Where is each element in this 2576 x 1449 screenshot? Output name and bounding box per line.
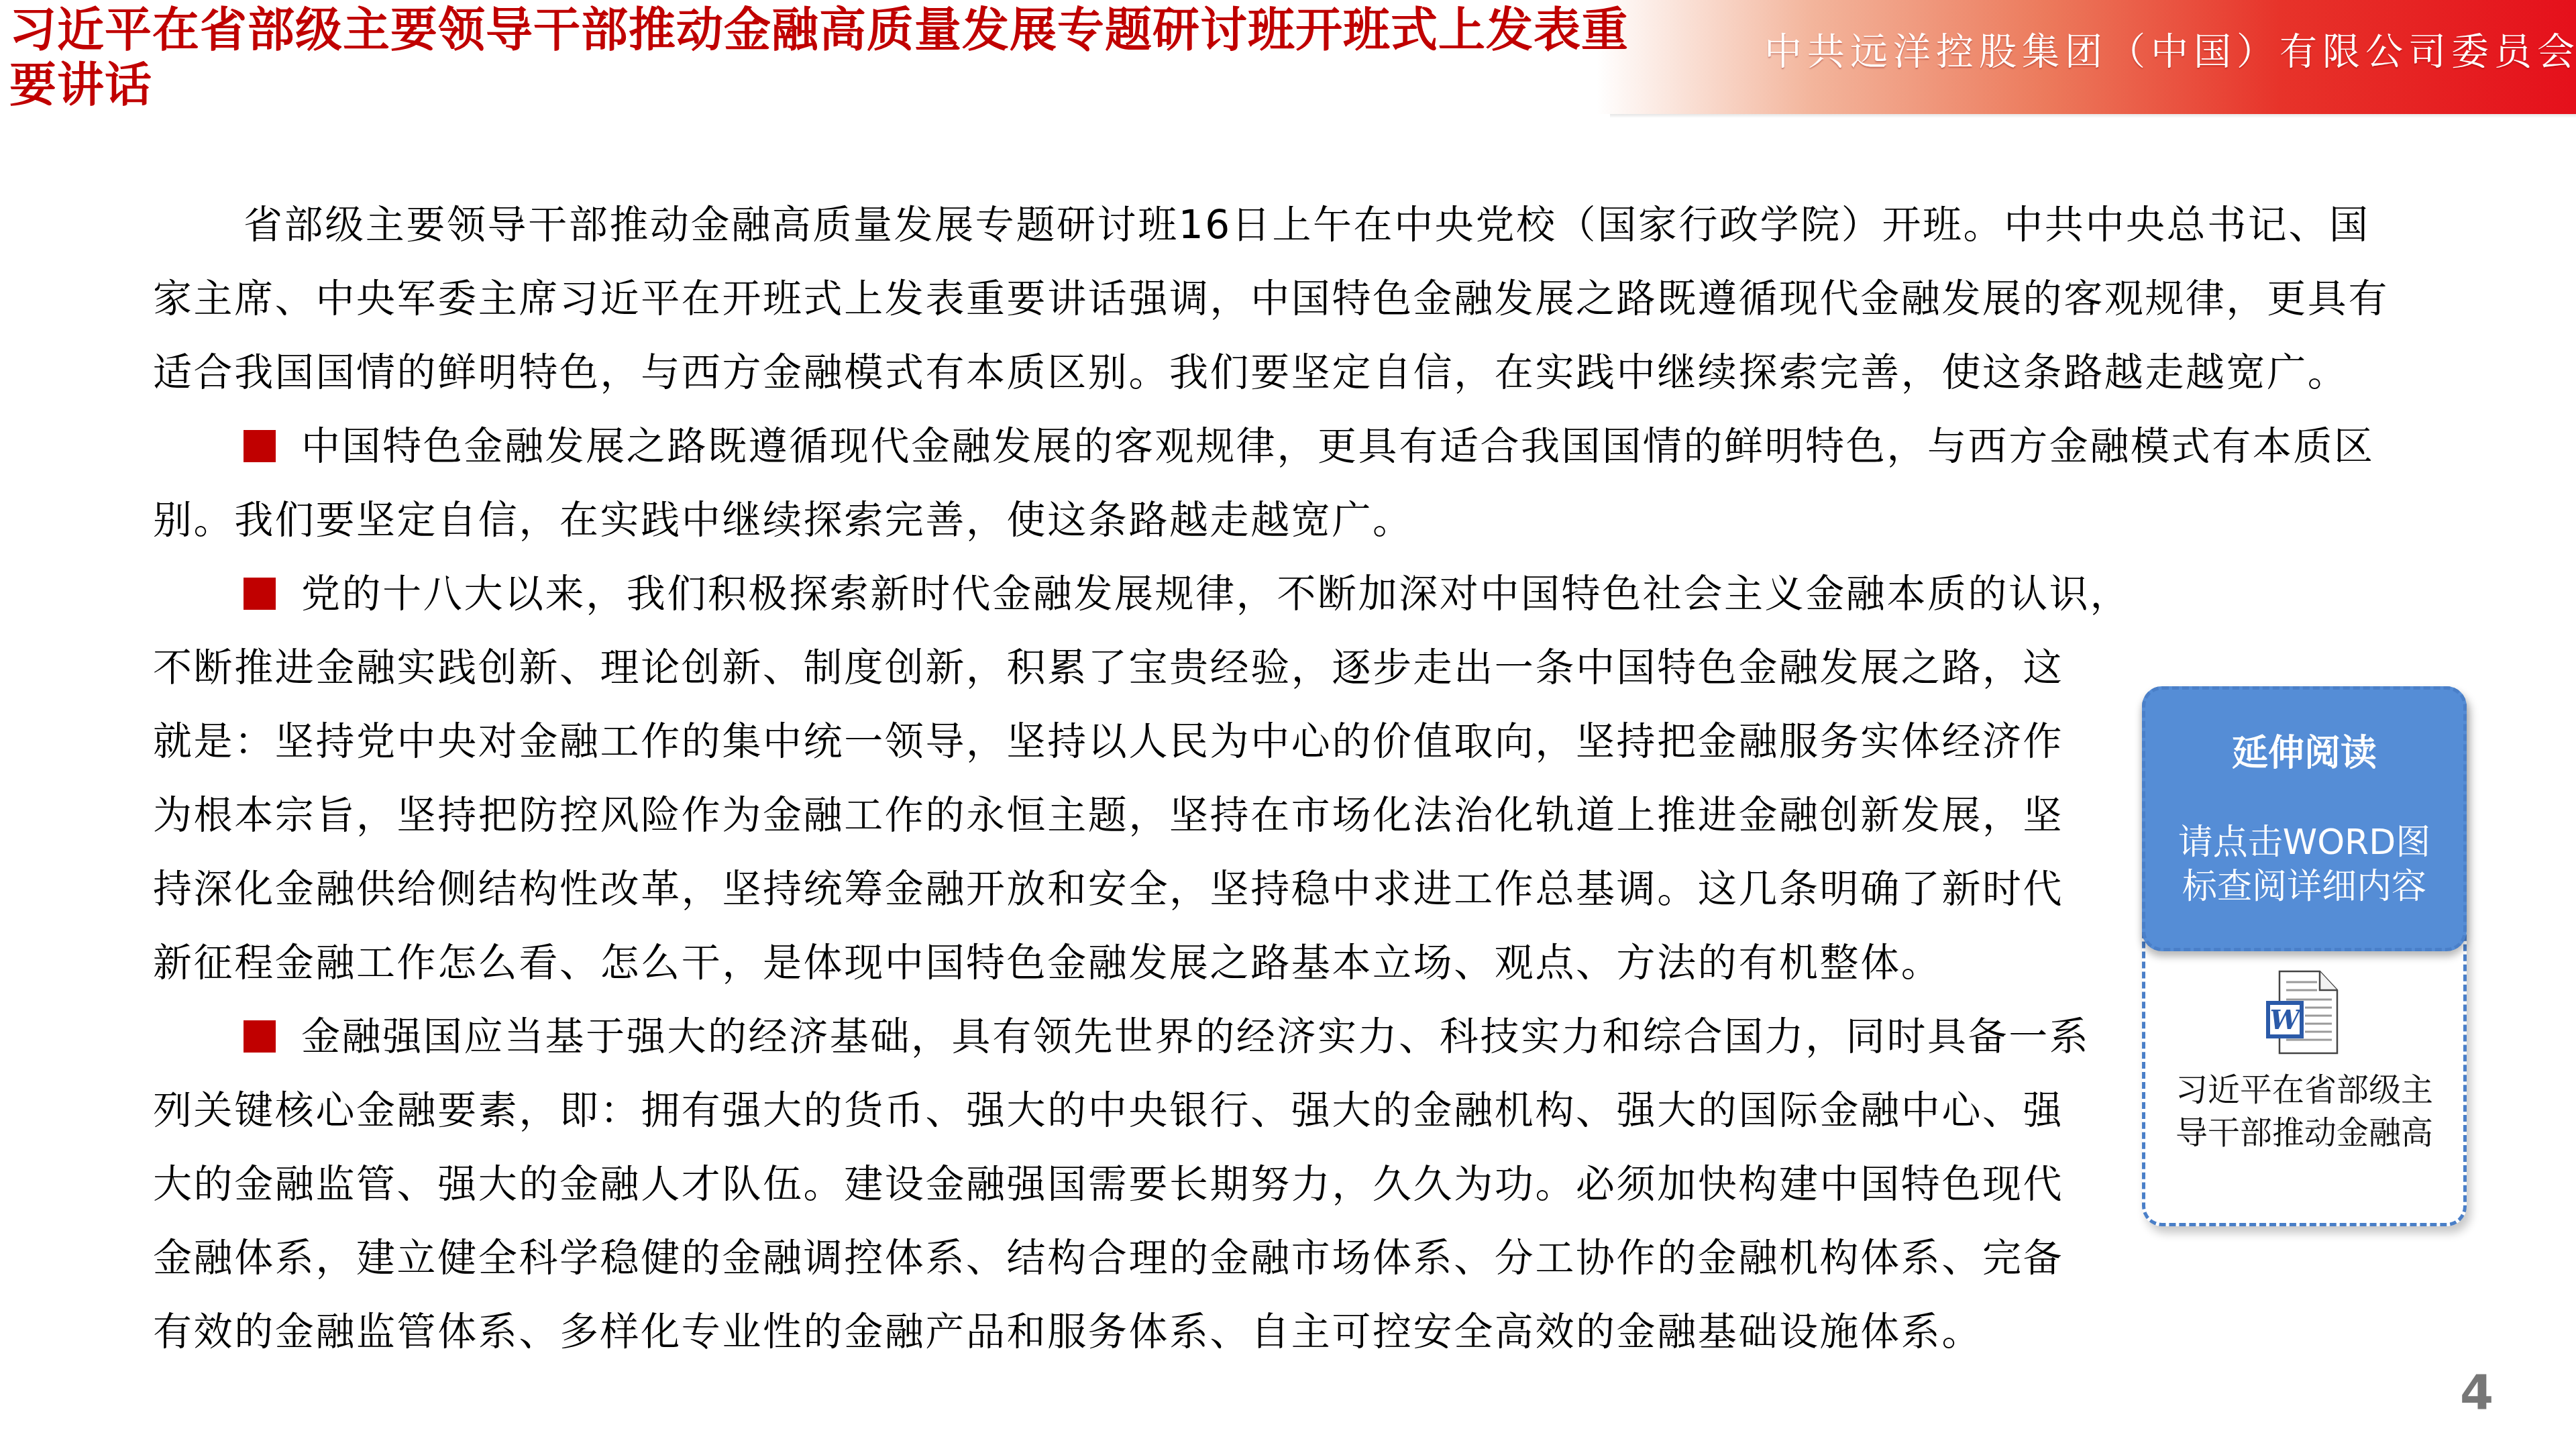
body-line: 省部级主要领导干部推动金融高质量发展专题研讨班16日上午在中央党校（国家行政学院… <box>244 188 2370 262</box>
body-line: 列关键核心金融要素，即：拥有强大的货币、强大的中央银行、强大的金融机构、强大的国… <box>153 1073 2063 1147</box>
page-title-line-1: 习近平在省部级主要领导干部推动金融高质量发展专题研讨班开班式上发表重 <box>9 3 1754 58</box>
body-line-text: 金融体系，建立健全科学稳健的金融调控体系、结构合理的金融市场体系、分工协作的金融… <box>153 1235 2063 1281</box>
body-line: 家主席、中央军委主席习近平在开班式上发表重要讲话强调，中国特色金融发展之路既遵循… <box>153 262 2389 335</box>
body-line-text: 中国特色金融发展之路既遵循现代金融发展的客观规律，更具有适合我国国情的鲜明特色，… <box>301 423 2375 469</box>
body-line-text: 大的金融监管、强大的金融人才队伍。建设金融强国需要长期努力，久久为功。必须加快构… <box>153 1161 2063 1207</box>
body-line-text: 为根本宗旨，坚持把防控风险作为金融工作的永恒主题，坚持在市场化法治化轨道上推进金… <box>153 792 2063 838</box>
body-line: 新征程金融工作怎么看、怎么干，是体现中国特色金融发展之路基本立场、观点、方法的有… <box>153 926 1941 1000</box>
body-line-text: 就是：坚持党中央对金融工作的集中统一领导，坚持以人民为中心的价值取向，坚持把金融… <box>153 718 2063 764</box>
red-square-bullet-icon <box>244 578 276 610</box>
body-line-text: 有效的金融监管体系、多样化专业性的金融产品和服务体系、自主可控安全高效的金融基础… <box>153 1309 1982 1354</box>
body-line: 就是：坚持党中央对金融工作的集中统一领导，坚持以人民为中心的价值取向，坚持把金融… <box>153 704 2063 778</box>
page-title: 习近平在省部级主要领导干部推动金融高质量发展专题研讨班开班式上发表重 要讲话 <box>9 3 1754 113</box>
extended-reading-heading: 延伸阅读 <box>2145 730 2463 777</box>
document-title-line-1: 习近平在省部级主 <box>2145 1069 2463 1112</box>
body-line: 持深化金融供给侧结构性改革，坚持统筹金融开放和安全，坚持稳中求进工作总基调。这几… <box>153 852 2063 926</box>
body-line: 为根本宗旨，坚持把防控风险作为金融工作的永恒主题，坚持在市场化法治化轨道上推进金… <box>153 778 2063 852</box>
page-number: 4 <box>2457 1362 2497 1422</box>
document-title[interactable]: 习近平在省部级主 导干部推动金融高 <box>2145 1069 2463 1155</box>
extended-reading-header: 延伸阅读 请点击WORD图 标查阅详细内容 <box>2142 686 2467 951</box>
body-line-text: 新征程金融工作怎么看、怎么干，是体现中国特色金融发展之路基本立场、观点、方法的有… <box>153 940 1941 985</box>
bullet-line: 中国特色金融发展之路既遵循现代金融发展的客观规律，更具有适合我国国情的鲜明特色，… <box>244 409 2375 483</box>
red-square-bullet-icon <box>244 1020 276 1053</box>
body-line: 金融体系，建立健全科学稳健的金融调控体系、结构合理的金融市场体系、分工协作的金融… <box>153 1221 2063 1295</box>
body-line-text: 家主席、中央军委主席习近平在开班式上发表重要讲话强调，中国特色金融发展之路既遵循… <box>153 276 2389 321</box>
instruction-line-1: 请点击WORD图 <box>2145 820 2463 865</box>
body-line: 别。我们要坚定自信，在实践中继续探索完善，使这条路越走越宽广。 <box>153 483 1413 557</box>
word-document-icon[interactable]: W <box>2265 970 2340 1055</box>
document-title-line-2: 导干部推动金融高 <box>2145 1112 2463 1155</box>
body-line: 适合我国国情的鲜明特色，与西方金融模式有本质区别。我们要坚定自信，在实践中继续探… <box>153 335 2348 409</box>
body-line-text: 党的十八大以来，我们积极探索新时代金融发展规律，不断加深对中国特色社会主义金融本… <box>301 571 2131 616</box>
bullet-line: 党的十八大以来，我们积极探索新时代金融发展规律，不断加深对中国特色社会主义金融本… <box>244 557 2131 631</box>
extended-reading-instruction: 请点击WORD图 标查阅详细内容 <box>2145 820 2463 909</box>
bullet-line: 金融强国应当基于强大的经济基础，具有领先世界的经济实力、科技实力和综合国力，同时… <box>244 1000 2090 1073</box>
organization-name: 中共远洋控股集团（中国）有限公司委员会 <box>1764 28 2549 76</box>
body-line: 有效的金融监管体系、多样化专业性的金融产品和服务体系、自主可控安全高效的金融基础… <box>153 1295 1982 1368</box>
page-title-line-2: 要讲话 <box>9 58 1754 113</box>
body-line-text: 适合我国国情的鲜明特色，与西方金融模式有本质区别。我们要坚定自信，在实践中继续探… <box>153 350 2348 395</box>
instruction-line-2: 标查阅详细内容 <box>2145 865 2463 909</box>
body-line-text: 别。我们要坚定自信，在实践中继续探索完善，使这条路越走越宽广。 <box>153 497 1413 543</box>
body-line: 大的金融监管、强大的金融人才队伍。建设金融强国需要长期努力，久久为功。必须加快构… <box>153 1147 2063 1221</box>
extended-reading-card[interactable]: 延伸阅读 请点击WORD图 标查阅详细内容 W 习近平在省部级主 <box>2142 686 2467 1226</box>
body-line-text: 列关键核心金融要素，即：拥有强大的货币、强大的中央银行、强大的金融机构、强大的国… <box>153 1087 2063 1133</box>
body-line-text: 持深化金融供给侧结构性改革，坚持统筹金融开放和安全，坚持稳中求进工作总基调。这几… <box>153 866 2063 912</box>
body-line-text: 不断推进金融实践创新、理论创新、制度创新，积累了宝贵经验，逐步走出一条中国特色金… <box>153 645 2063 690</box>
body-line-text: 省部级主要领导干部推动金融高质量发展专题研讨班16日上午在中央党校（国家行政学院… <box>244 202 2370 248</box>
body-line-text: 金融强国应当基于强大的经济基础，具有领先世界的经济实力、科技实力和综合国力，同时… <box>301 1014 2090 1059</box>
red-square-bullet-icon <box>244 430 276 462</box>
svg-text:W: W <box>2270 1004 2303 1036</box>
body-line: 不断推进金融实践创新、理论创新、制度创新，积累了宝贵经验，逐步走出一条中国特色金… <box>153 631 2063 704</box>
